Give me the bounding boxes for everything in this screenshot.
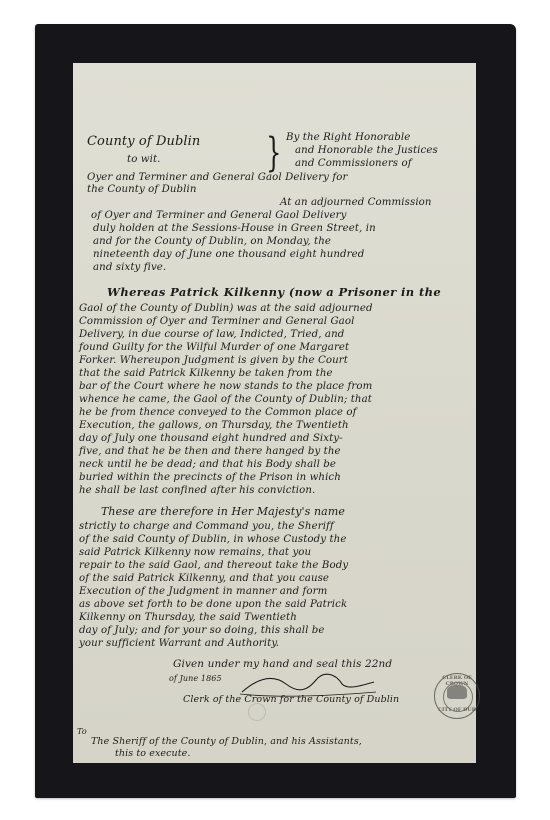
authority-line-3: and Commissioners of: [295, 157, 412, 171]
whereas-line: Commission of Oyer and Terminer and Gene…: [79, 315, 354, 329]
commission-line: duly holden at the Sessions-House in Gre…: [93, 222, 376, 236]
whereas-line: found Guilty for the Wilful Murder of on…: [79, 341, 349, 355]
these-line: These are therefore in Her Majesty's nam…: [101, 505, 345, 519]
address-to: To: [77, 725, 87, 739]
signatory-title: Clerk of the Crown for the County of Dub…: [183, 693, 399, 707]
commission-line: At an adjourned Commission: [280, 196, 432, 210]
county-heading: County of Dublin: [87, 135, 200, 149]
these-line: Kilkenny on Thursday, the said Twentieth: [79, 611, 297, 625]
commission-line: and for the County of Dublin, on Monday,…: [93, 235, 331, 249]
whereas-line: bar of the Court where he now stands to …: [79, 380, 372, 394]
crown-icon: [447, 685, 467, 699]
authority-line-2: and Honorable the Justices: [295, 144, 438, 158]
paper-stain: [248, 703, 266, 721]
whereas-line: he shall be last confined after his conv…: [79, 484, 315, 498]
commission-line: of Oyer and Terminer and General Gaol De…: [91, 209, 346, 223]
whereas-line: Forker. Whereupon Judgment is given by t…: [79, 354, 348, 368]
whereas-line: neck until he be dead; and that his Body…: [79, 458, 336, 472]
whereas-line: five, and that he be then and there hang…: [79, 445, 341, 459]
these-line: your sufficient Warrant and Authority.: [79, 637, 279, 651]
whereas-line: Execution, the gallows, on Thursday, the…: [79, 419, 349, 433]
brace-symbol: }: [266, 133, 281, 173]
these-line: repair to the said Gaol, and thereout ta…: [79, 559, 348, 573]
address-line-2: this to execute.: [115, 747, 191, 761]
whereas-line: buried within the precincts of the Priso…: [79, 471, 341, 485]
commission-line: and sixty five.: [93, 261, 166, 275]
these-line: day of July; and for your so doing, this…: [79, 624, 325, 638]
whereas-line: that the said Patrick Kilkenny be taken …: [79, 367, 333, 381]
whereas-line: whence he came, the Gaol of the County o…: [79, 393, 372, 407]
authority-line-1: By the Right Honorable: [286, 131, 410, 145]
warrant-document: County of Dublin to wit. } By the Right …: [73, 63, 476, 763]
crown-seal-stamp: CLERK OF CROWN CITY OF DUB: [434, 673, 480, 719]
seal-bottom-text: CITY OF DUB: [435, 707, 479, 713]
these-line: of the said County of Dublin, in whose C…: [79, 533, 346, 547]
whereas-line: day of July one thousand eight hundred a…: [79, 432, 343, 446]
these-line: of the said Patrick Kilkenny, and that y…: [79, 572, 329, 586]
to-wit: to wit.: [127, 153, 160, 167]
whereas-line: Whereas Patrick Kilkenny (now a Prisoner…: [107, 286, 441, 300]
these-line: Execution of the Judgment in manner and …: [79, 585, 327, 599]
court-line-2: the County of Dublin: [87, 183, 197, 197]
these-line: strictly to charge and Command you, the …: [79, 520, 334, 534]
whereas-line: Delivery, in due course of law, Indicted…: [79, 328, 344, 342]
commission-line: nineteenth day of June one thousand eigh…: [93, 248, 364, 262]
these-line: said Patrick Kilkenny now remains, that …: [79, 546, 311, 560]
these-line: as above set forth to be done upon the s…: [79, 598, 347, 612]
whereas-line: he be from thence conveyed to the Common…: [79, 406, 356, 420]
whereas-line: Gaol of the County of Dublin) was at the…: [79, 302, 373, 316]
